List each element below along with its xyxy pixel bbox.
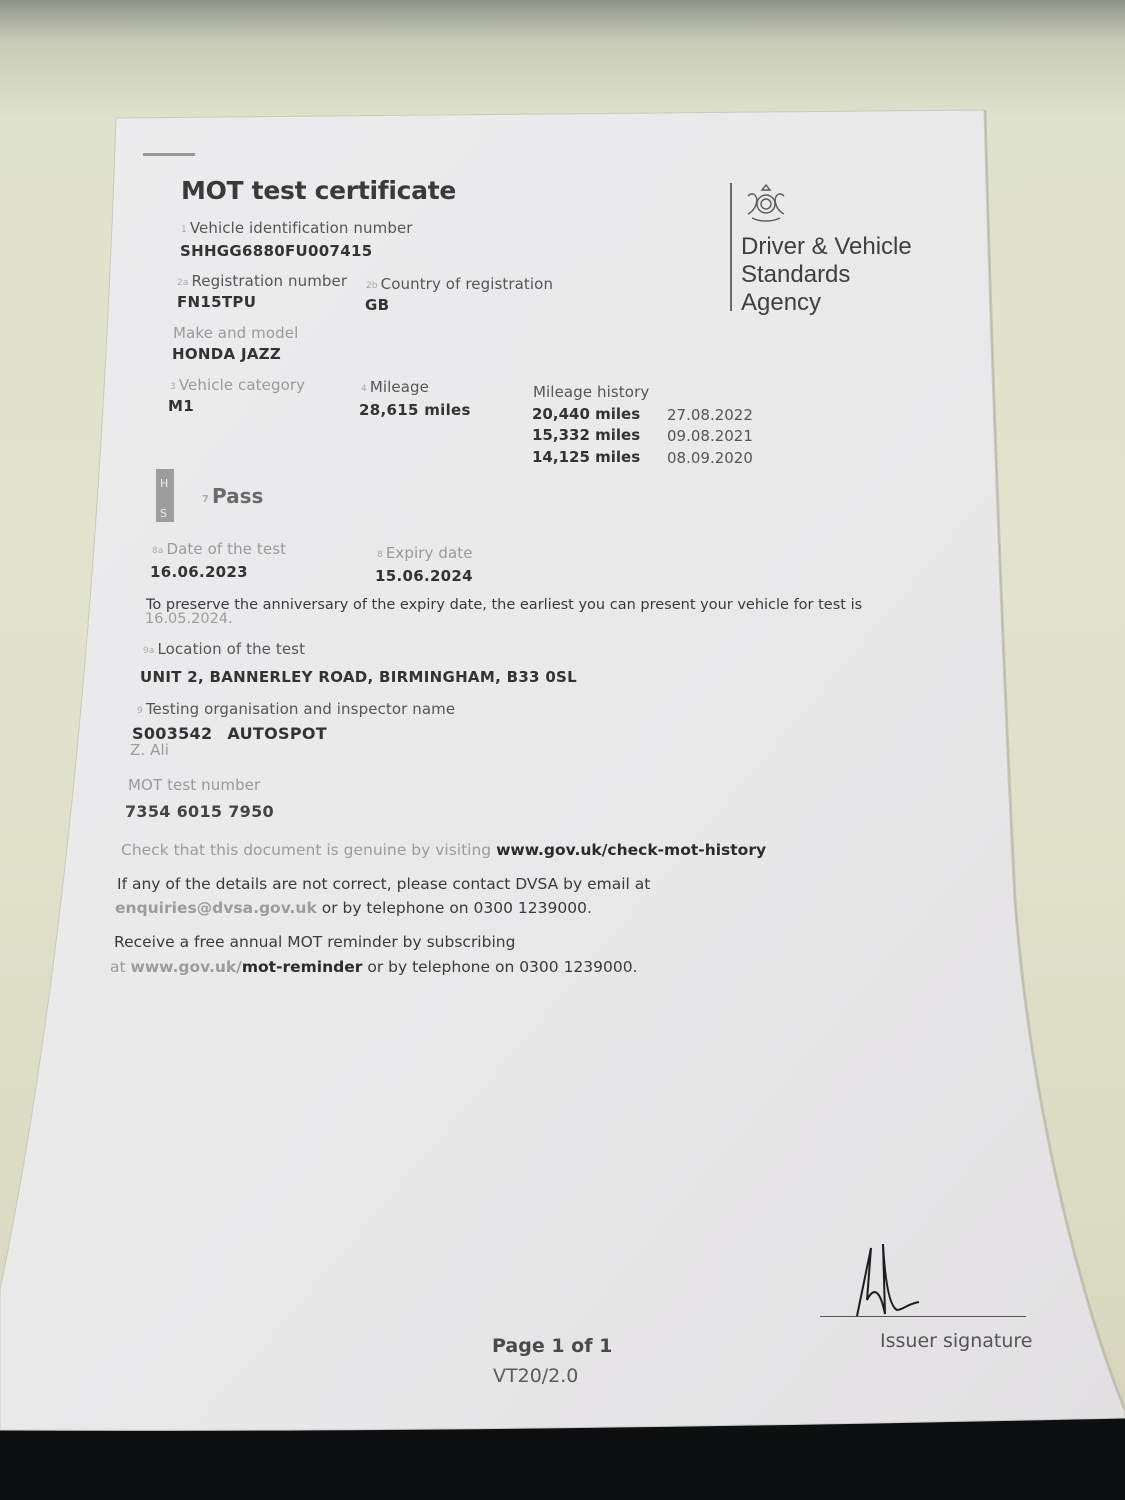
country-label: 2bCountry of registration — [366, 275, 553, 293]
certificate-title: MOT test certificate — [181, 176, 456, 205]
location-label: 9aLocation of the test — [143, 640, 305, 658]
royal-coat-of-arms-icon — [742, 182, 790, 224]
signature-line — [820, 1316, 1026, 1317]
reminder-at: at — [110, 958, 131, 976]
expiry-date-label: 8Expiry date — [377, 544, 473, 562]
mileage-label: 4Mileage — [361, 378, 429, 396]
earliest-test-date: 16.05.2024. — [145, 611, 233, 627]
mot-reminder-link[interactable]: mot-reminder — [242, 958, 363, 976]
marker-letter: H — [160, 477, 168, 490]
reminder-phone-text: or by telephone on 0300 1239000. — [362, 958, 637, 976]
expiry-date-value: 15.06.2024 — [375, 567, 473, 585]
make-model-value: HONDA JAZZ — [172, 345, 281, 363]
field-number: 9a — [143, 646, 154, 656]
mot-reminder-link-prefix[interactable]: www.gov.uk/ — [131, 958, 242, 976]
reminder-note-line1: Receive a free annual MOT reminder by su… — [114, 933, 515, 951]
field-number: 2a — [177, 278, 188, 288]
field-number: 3 — [170, 382, 176, 392]
genuine-text: Check that this document is genuine by v… — [121, 841, 496, 859]
result-marker: H S — [156, 469, 174, 522]
testing-org-label: 9Testing organisation and inspector name — [137, 700, 455, 718]
test-date-value: 16.06.2023 — [150, 563, 248, 581]
history-miles: 15,332 miles — [532, 426, 640, 444]
history-date: 09.08.2021 — [667, 427, 753, 445]
signature-label: Issuer signature — [880, 1330, 1032, 1352]
field-number: 4 — [361, 384, 367, 394]
test-date-label-text: Date of the test — [166, 540, 286, 558]
contact-phone-text: or by telephone on 0300 1239000. — [317, 899, 592, 917]
mileage-label-text: Mileage — [370, 378, 429, 396]
history-miles: 20,440 miles — [532, 405, 640, 423]
country-label-text: Country of registration — [381, 275, 553, 293]
expiry-date-label-text: Expiry date — [386, 544, 473, 562]
logo-divider — [730, 183, 732, 311]
genuine-note: Check that this document is genuine by v… — [121, 841, 766, 859]
location-label-text: Location of the test — [157, 640, 305, 658]
mileage-history-label: Mileage history — [533, 383, 649, 401]
mot-certificate: MOT test certificate Driver & Vehicle St… — [0, 0, 1125, 1500]
issuer-line-3: Agency — [741, 289, 912, 317]
issuer-line-2: Standards — [741, 261, 912, 289]
country-value: GB — [365, 296, 389, 314]
handwritten-signature-icon — [845, 1240, 935, 1320]
dvsa-email-link[interactable]: enquiries@dvsa.gov.uk — [115, 899, 317, 917]
registration-label-text: Registration number — [191, 272, 347, 290]
marker-letter: S — [160, 507, 167, 520]
field-number: 8a — [152, 546, 163, 556]
test-result-value: Pass — [212, 484, 263, 508]
registration-value: FN15TPU — [177, 293, 256, 311]
contact-note-line2: enquiries@dvsa.gov.uk or by telephone on… — [115, 899, 592, 917]
field-number: 7 — [202, 494, 209, 505]
category-label: 3Vehicle category — [170, 376, 305, 394]
field-number: 9 — [137, 706, 143, 716]
org-name: AUTOSPOT — [227, 724, 327, 743]
reminder-note-line2: at www.gov.uk/mot-reminder or by telepho… — [110, 958, 638, 976]
testing-org-label-text: Testing organisation and inspector name — [146, 700, 455, 718]
vin-label: 1Vehicle identification number — [181, 219, 413, 237]
page-indicator: Page 1 of 1 — [492, 1335, 612, 1357]
test-date-label: 8aDate of the test — [152, 540, 286, 558]
anniversary-note: To preserve the anniversary of the expir… — [146, 597, 862, 613]
inspector-name: Z. Ali — [130, 741, 169, 759]
field-number: 2b — [366, 281, 378, 291]
issuer-line-1: Driver & Vehicle — [741, 233, 912, 261]
vin-value: SHHGG6880FU007415 — [180, 242, 372, 260]
test-result: 7Pass — [202, 484, 263, 508]
print-mark — [143, 153, 195, 156]
vin-label-text: Vehicle identification number — [190, 219, 413, 237]
category-label-text: Vehicle category — [179, 376, 305, 394]
form-code: VT20/2.0 — [493, 1365, 578, 1387]
history-date: 27.08.2022 — [667, 406, 753, 424]
mileage-value: 28,615 miles — [359, 401, 471, 419]
make-model-label: Make and model — [173, 324, 298, 342]
test-number-label: MOT test number — [128, 776, 260, 794]
field-number: 1 — [181, 225, 187, 235]
history-date: 08.09.2020 — [667, 449, 753, 467]
contact-note-line1: If any of the details are not correct, p… — [117, 875, 650, 893]
issuer-name: Driver & Vehicle Standards Agency — [741, 233, 912, 317]
test-number-value: 7354 6015 7950 — [125, 802, 274, 821]
category-value: M1 — [168, 397, 194, 415]
check-mot-history-link[interactable]: www.gov.uk/check-mot-history — [496, 841, 766, 859]
registration-label: 2aRegistration number — [177, 272, 347, 290]
location-value: UNIT 2, BANNERLEY ROAD, BIRMINGHAM, B33 … — [140, 668, 577, 686]
field-number: 8 — [377, 550, 383, 560]
history-miles: 14,125 miles — [532, 448, 640, 466]
